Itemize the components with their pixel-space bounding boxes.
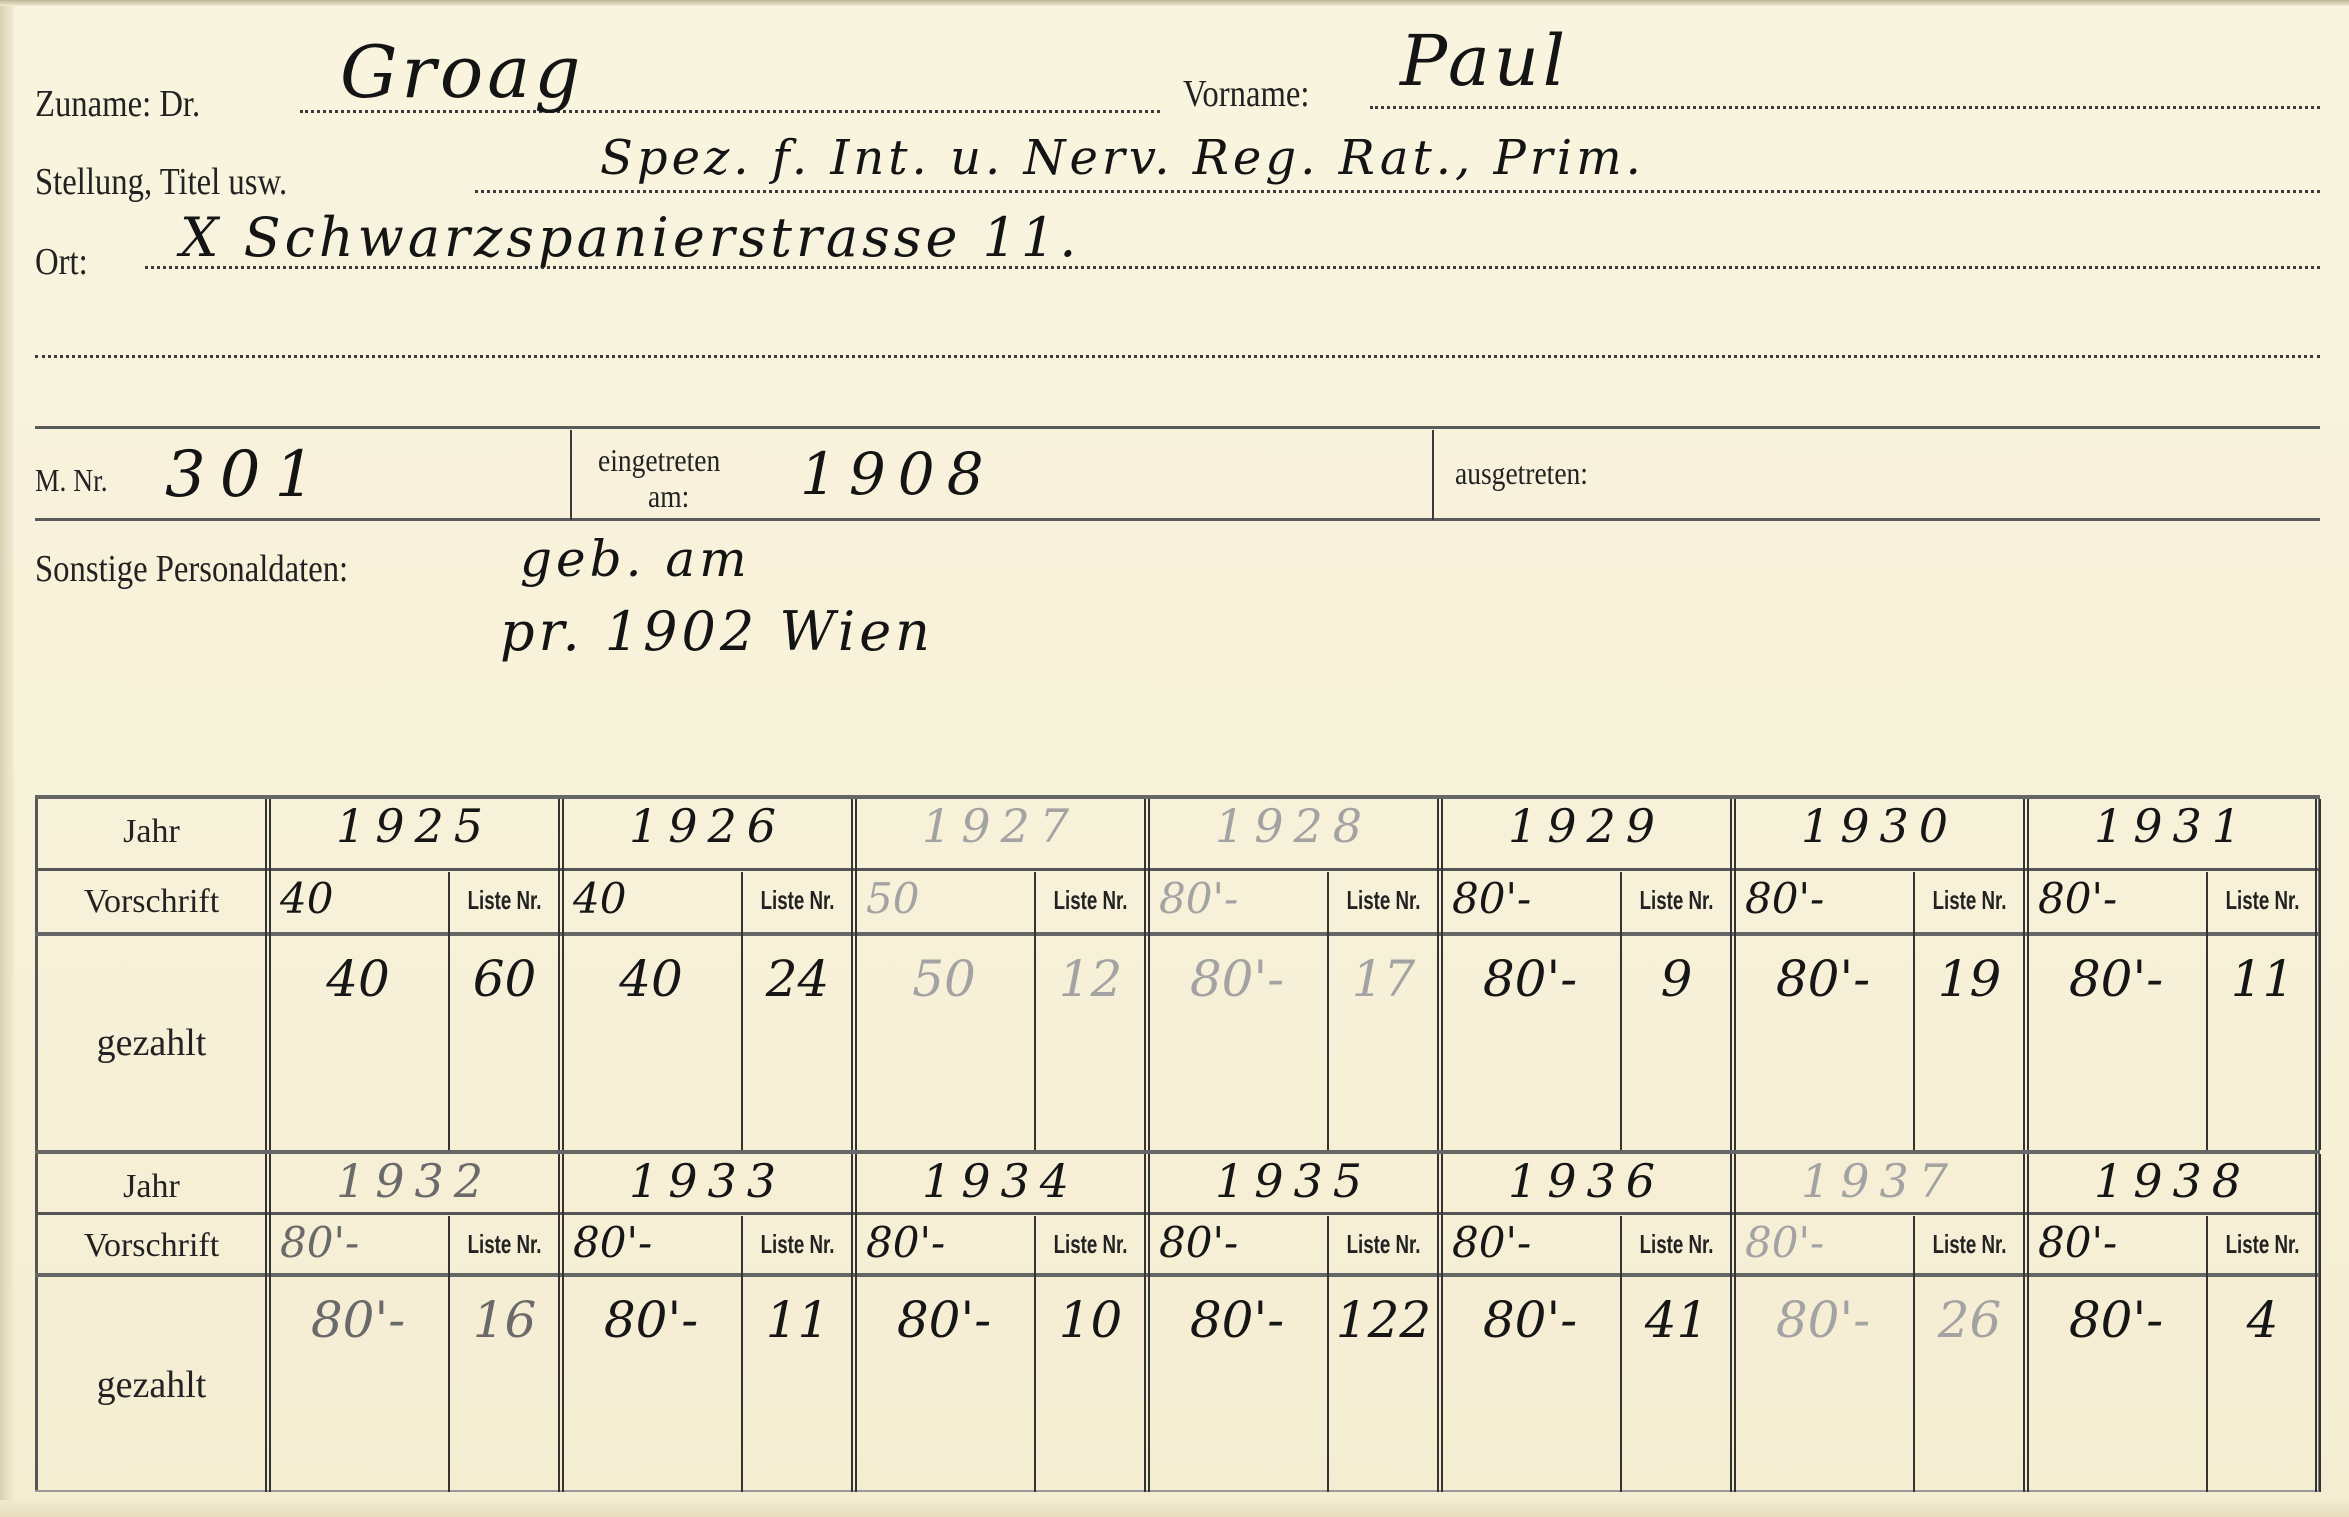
vorschrift-cell: 80'- (1159, 874, 1238, 923)
vorschrift-cell: 50 (866, 874, 919, 923)
gezahlt-amount-cell: 80'- (1440, 1291, 1620, 1349)
liste-nr-label: Liste Nr. (464, 1229, 545, 1260)
liste-column-divider (1620, 1216, 1622, 1492)
mnr-row-top-rule (35, 426, 2320, 429)
gezahlt-liste-cell: 41 (1620, 1291, 1733, 1349)
gezahlt-liste-cell: 17 (1327, 950, 1440, 1008)
year-cell: 1929 (1440, 799, 1733, 853)
liste-nr-label: Liste Nr. (1636, 885, 1717, 916)
vorname-label: Vorname: (1183, 72, 1309, 116)
jahr-row-bottom-rule (35, 1212, 2320, 1215)
vorschrift-cell: 80'- (2038, 1218, 2117, 1267)
liste-column-divider (2206, 1216, 2208, 1492)
gezahlt-liste-cell: 19 (1913, 950, 2026, 1008)
gezahlt-liste-cell: 24 (741, 950, 854, 1008)
gezahlt-liste-cell: 12 (1034, 950, 1147, 1008)
gezahlt-liste-cell: 16 (448, 1291, 561, 1349)
gezahlt-liste-cell: 11 (2206, 950, 2319, 1008)
eingetreten-divider (1432, 430, 1434, 520)
liste-nr-label: Liste Nr. (757, 885, 838, 916)
vorschrift-cell: 80'- (1159, 1218, 1238, 1267)
gezahlt-liste-cell: 60 (448, 950, 561, 1008)
gezahlt-amount-cell: 40 (561, 950, 741, 1008)
liste-nr-label: Liste Nr. (2222, 1229, 2303, 1260)
dues-table-1932-1938: JahrVorschriftgezahlt193280'-Liste Nr.80… (35, 1150, 2320, 1492)
gezahlt-amount-cell: 80'- (1733, 950, 1913, 1008)
eingetreten-value: 1908 (800, 440, 996, 508)
table-bottom-rule (35, 1490, 2320, 1492)
liste-column-divider (1327, 872, 1329, 1150)
gezahlt-amount-cell: 80'- (561, 1291, 741, 1349)
vorschrift-cell: 80'- (1452, 1218, 1531, 1267)
liste-column-divider (1913, 1216, 1915, 1492)
vorschrift-row-bottom-rule (35, 932, 2320, 936)
card-top-edge (0, 0, 2349, 6)
stellung-value: Spez. f. Int. u. Nerv. Reg. Rat., Prim. (600, 130, 1645, 186)
gezahlt-liste-cell: 122 (1327, 1291, 1440, 1349)
table-right-border (2315, 1154, 2321, 1492)
liste-nr-label: Liste Nr. (1929, 885, 2010, 916)
row-label-jahr: Jahr (35, 1168, 268, 1206)
liste-nr-label: Liste Nr. (1636, 1229, 1717, 1260)
gezahlt-amount-cell: 80'- (1147, 1291, 1327, 1349)
mnr-value: 301 (165, 438, 329, 512)
liste-nr-label: Liste Nr. (464, 885, 545, 916)
mnr-row-bottom-rule (35, 518, 2320, 521)
gezahlt-amount-cell: 80'- (1733, 1291, 1913, 1349)
year-cell: 1937 (1733, 1154, 2026, 1208)
liste-nr-label: Liste Nr. (1343, 885, 1424, 916)
liste-column-divider (741, 872, 743, 1150)
vorname-dotted-line (1370, 106, 2320, 109)
membership-card: Zuname: Dr. Groag Vorname: Paul Stellung… (0, 0, 2349, 1517)
liste-column-divider (1034, 1216, 1036, 1492)
jahr-row-bottom-rule (35, 868, 2320, 871)
vorschrift-cell: 80'- (573, 1218, 652, 1267)
blank-dotted-line (35, 355, 2320, 358)
sonstige-label: Sonstige Personaldaten: (35, 547, 348, 591)
liste-nr-label: Liste Nr. (2222, 885, 2303, 916)
year-cell: 1934 (854, 1154, 1147, 1208)
liste-column-divider (1913, 872, 1915, 1150)
zuname-value: Groag (340, 30, 584, 114)
stellung-dotted-line (475, 190, 2320, 193)
vorname-value: Paul (1400, 20, 1569, 102)
year-cell: 1932 (268, 1154, 561, 1208)
gezahlt-amount-cell: 80'- (1440, 950, 1620, 1008)
liste-nr-label: Liste Nr. (757, 1229, 838, 1260)
liste-column-divider (741, 1216, 743, 1492)
year-cell: 1933 (561, 1154, 854, 1208)
gezahlt-liste-cell: 10 (1034, 1291, 1147, 1349)
gezahlt-amount-cell: 80'- (2026, 1291, 2206, 1349)
vorschrift-cell: 40 (280, 874, 333, 923)
liste-column-divider (2206, 872, 2208, 1150)
row-label-vorschrift: Vorschrift (35, 883, 268, 921)
liste-column-divider (448, 1216, 450, 1492)
liste-column-divider (1034, 872, 1036, 1150)
vorschrift-cell: 40 (573, 874, 626, 923)
table-right-border (2315, 799, 2321, 1150)
year-cell: 1936 (1440, 1154, 1733, 1208)
sonstige-value-line2: pr. 1902 Wien (500, 600, 934, 663)
liste-column-divider (1327, 1216, 1329, 1492)
year-cell: 1938 (2026, 1154, 2319, 1208)
year-cell: 1928 (1147, 799, 1440, 853)
eingetreten-label: eingetreten (598, 442, 720, 479)
row-label-gezahlt: gezahlt (35, 1363, 268, 1407)
mnr-divider (570, 430, 572, 520)
gezahlt-liste-cell: 9 (1620, 950, 1733, 1008)
vorschrift-row-bottom-rule (35, 1273, 2320, 1277)
dues-table-1925-1931: JahrVorschriftgezahlt192540Liste Nr.4060… (35, 795, 2320, 1150)
ort-value: X Schwarzspanierstrasse 11. (180, 206, 1080, 269)
year-cell: 1931 (2026, 799, 2319, 853)
zuname-label: Zuname: Dr. (35, 82, 200, 126)
vorschrift-cell: 80'- (1745, 874, 1824, 923)
year-cell: 1926 (561, 799, 854, 853)
gezahlt-liste-cell: 4 (2206, 1291, 2319, 1349)
vorschrift-cell: 80'- (1745, 1218, 1824, 1267)
year-cell: 1930 (1733, 799, 2026, 853)
year-cell: 1925 (268, 799, 561, 853)
liste-nr-label: Liste Nr. (1343, 1229, 1424, 1260)
row-label-vorschrift: Vorschrift (35, 1227, 268, 1265)
gezahlt-amount-cell: 80'- (268, 1291, 448, 1349)
vorschrift-cell: 80'- (866, 1218, 945, 1267)
card-left-edge (0, 0, 14, 1517)
mnr-label: M. Nr. (35, 462, 108, 499)
ort-label: Ort: (35, 240, 88, 284)
gezahlt-amount-cell: 80'- (2026, 950, 2206, 1008)
gezahlt-amount-cell: 50 (854, 950, 1034, 1008)
year-cell: 1927 (854, 799, 1147, 853)
gezahlt-liste-cell: 26 (1913, 1291, 2026, 1349)
vorschrift-cell: 80'- (280, 1218, 359, 1267)
ausgetreten-label: ausgetreten: (1455, 455, 1588, 492)
gezahlt-amount-cell: 40 (268, 950, 448, 1008)
card-bottom-edge (0, 1500, 2349, 1517)
liste-column-divider (1620, 872, 1622, 1150)
gezahlt-amount-cell: 80'- (854, 1291, 1034, 1349)
row-label-jahr: Jahr (35, 813, 268, 851)
liste-nr-label: Liste Nr. (1050, 885, 1131, 916)
vorschrift-cell: 80'- (1452, 874, 1531, 923)
liste-column-divider (448, 872, 450, 1150)
row-label-gezahlt: gezahlt (35, 1021, 268, 1065)
liste-nr-label: Liste Nr. (1929, 1229, 2010, 1260)
gezahlt-amount-cell: 80'- (1147, 950, 1327, 1008)
year-cell: 1935 (1147, 1154, 1440, 1208)
stellung-label: Stellung, Titel usw. (35, 160, 287, 204)
gezahlt-liste-cell: 11 (741, 1291, 854, 1349)
vorschrift-cell: 80'- (2038, 874, 2117, 923)
eingetreten-am-label: am: (648, 478, 689, 515)
sonstige-value-line1: geb. am (520, 530, 751, 588)
liste-nr-label: Liste Nr. (1050, 1229, 1131, 1260)
